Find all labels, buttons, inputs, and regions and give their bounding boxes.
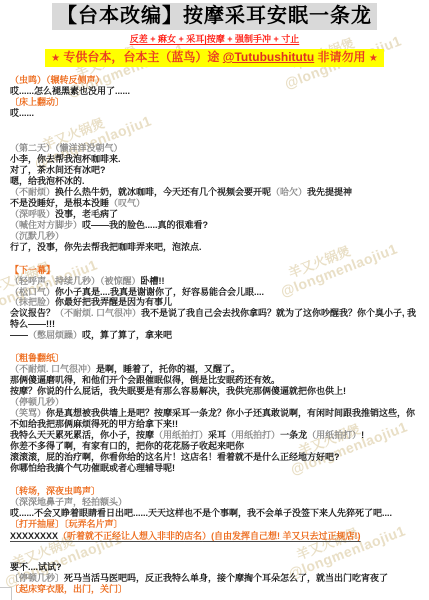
script-line: （第二天）（懒洋洋没朝气）	[10, 143, 419, 154]
script-line: （松口气）你小子真是....我真是谢谢你了，好容易能合会儿眼....	[10, 287, 419, 298]
text-segment: 【下一幕】	[10, 265, 55, 275]
script-section: 〔转场，深夜虫鸣声〕（深深地鼻子声，轻拍额头）哎......不会又睁着眼睛看日出…	[10, 486, 419, 542]
text-segment: 小李，你去帮我泡杯咖啡来.	[10, 154, 121, 164]
text-segment: （叹气）	[109, 198, 145, 208]
text-segment: （抹把脸）	[10, 297, 55, 307]
script-document: 【台本改编】按摩采耳安眠一条龙 反差 + 痳女 + 采耳|按摩 + 强制手冲 +…	[0, 0, 429, 600]
text-segment: （轻呼声，持续几秒）（被惊醒）	[10, 276, 141, 286]
script-section: （第二天）（懒洋洋没朝气）小李，你去帮我泡杯咖啡来.对了，茶水间还有冰吧?嗯，给…	[10, 143, 419, 253]
text-segment: 采耳	[208, 430, 226, 440]
text-segment: 〔转场，深夜虫鸣声〕	[10, 486, 100, 496]
text-segment: 要不....试试?	[10, 562, 62, 572]
text-segment: （用纸拍打）	[307, 430, 361, 440]
text-segment: 滚滚滚，屁的治疗啊，你看你给的这名片！这店名！看着就不是什么正经地方好吧?	[10, 452, 340, 462]
script-line: 〔停顿几秒〕死马当活马医吧吗，反正我特么单身，接个摩掏个耳朵怎么了，就当出门吃宵…	[10, 573, 419, 584]
text-segment: （不耐烦. 口气很冲）	[10, 364, 96, 374]
text-segment: 你哪怕给我搞个气功催眠或者心理辅导呢!	[10, 463, 175, 473]
script-line: 我特么天天累死累活，你小子，按摩（用纸拍打）采耳（用纸拍打）一条龙（用纸拍打）!	[10, 430, 419, 441]
script-line: ——（憋屈烦躁）哎，算了算了，拿来吧	[10, 330, 419, 341]
text-segment: （哈欠）	[271, 187, 307, 197]
text-segment: （松口气）	[10, 287, 55, 297]
text-segment: 你是真想被我供墙上是吧？按摩采耳一条龙？你小子还真敢说啊，有闲时间跟我推销这些，…	[10, 408, 415, 429]
text-segment: 一条龙	[280, 430, 307, 440]
script-section: 【下一幕】（轻呼声，持续几秒）（被惊醒）卧槽!!（松口气）你小子真是....我真…	[10, 265, 419, 342]
script-line: 那俩傻逼磨叽得，和他们开个会跟催眠似得，倒是比安眠药还有效。	[10, 375, 419, 386]
script-line: （不耐烦）换什么热牛奶，就冰咖啡，今天还有几个视频会要开呢（哈欠）我先提提神	[10, 187, 419, 198]
script-line: 嗯，给我泡杯冰的.	[10, 176, 419, 187]
text-segment: 那俩傻逼磨叽得，和他们开个会跟催眠似得，倒是比安眠药还有效。	[10, 375, 280, 385]
script-line: 按摩？你说的什么屁话，我失眠要是有那么容易解决，我供完那俩傻逼就把你也供上!	[10, 386, 419, 397]
script-line: （轻呼声，持续几秒）（被惊醒）卧槽!!	[10, 276, 419, 287]
text-segment: 对了，茶水间还有冰吧?	[10, 165, 106, 175]
text-segment: 你最好把我弄醒是因为有事儿	[55, 297, 172, 307]
script-line: 你差不多得了啊，有家有口的，把你的花花肠子收起来吧你	[10, 441, 419, 452]
star-icon: ★	[51, 53, 60, 64]
script-section: （虫鸣）（辗转反侧声）哎......怎么褪黑素也没用了......〔床上翻动〕哎…	[10, 75, 419, 119]
text-segment: 哎，算了算了，拿来吧	[82, 330, 172, 340]
document-header: 【台本改编】按摩采耳安眠一条龙 反差 + 痳女 + 采耳|按摩 + 强制手冲 +…	[0, 0, 429, 67]
script-section: 要不....试试?〔停顿几秒〕死马当活马医吧吗，反正我特么单身，接个摩掏个耳朵怎…	[10, 562, 419, 595]
script-line: （抹把脸）你最好把我弄醒是因为有事儿	[10, 297, 419, 308]
text-segment: 哎——我的脸色.....真的很难看?	[82, 220, 208, 230]
text-segment: 卧槽!!	[141, 276, 165, 286]
text-segment: （憋屈烦躁）	[28, 330, 82, 340]
text-segment: 〔粗鲁翻纸〕	[10, 353, 64, 363]
script-line: 哎......	[10, 108, 419, 119]
banner-text-suffix: 非请勿用	[314, 50, 369, 64]
text-segment: 没事，老毛病了	[55, 209, 118, 219]
text-segment: 你小子真是....我真是谢谢你了，好容易能合会儿眼....	[55, 287, 264, 297]
script-body: （虫鸣）（辗转反侧声）哎......怎么褪黑素也没用了......〔床上翻动〕哎…	[0, 67, 429, 595]
script-line: 行了，没事，你先去帮我把咖啡弄来吧，泡浓点.	[10, 242, 419, 253]
script-line: （停顿几秒）	[10, 397, 419, 408]
text-segment: （不耐烦. 口气很冲）	[55, 308, 141, 318]
banner-text-prefix: 专供台本，台本主（蓝鸟）途	[60, 50, 223, 64]
script-line: （笑骂）你是真想被我供墙上是吧？按摩采耳一条龙？你小子还真敢说啊，有闲时间跟我推…	[10, 408, 419, 430]
text-segment: 会议报告？	[10, 308, 55, 318]
text-segment: !	[361, 430, 364, 440]
script-line: 哎......怎么褪黑素也没用了......	[10, 86, 419, 97]
text-segment: ——	[10, 330, 28, 340]
text-segment: 换什么热牛奶，就冰咖啡，今天还有几个视频会要开呢	[55, 187, 271, 197]
text-segment: （用纸拍打）	[226, 430, 280, 440]
text-segment: （深呼吸）	[10, 209, 55, 219]
script-line: 〔起床穿衣服，出门，关门〕	[10, 584, 419, 595]
script-line: （虫鸣）（辗转反侧声）	[10, 75, 419, 86]
script-line: 滚滚滚，屁的治疗啊，你看你给的这名片！这店名！看着就不是什么正经地方好吧?	[10, 452, 419, 463]
script-line: （沉默几秒）	[10, 231, 419, 242]
script-line: 对了，茶水间还有冰吧?	[10, 165, 419, 176]
text-segment: 〔起床穿衣服，出门，关门〕	[10, 584, 127, 594]
text-segment: 按摩？你说的什么屁话，我失眠要是有那么容易解决，我供完那俩傻逼就把你也供上!	[10, 386, 346, 396]
text-segment: 死马当活马医吧吗，反正我特么单身，接个摩掏个耳朵怎么了，就当出门吃宵夜了	[64, 573, 388, 583]
script-line: 〔床上翻动〕	[10, 97, 419, 108]
text-segment: （第二天）（懒洋洋没朝气）	[10, 143, 123, 153]
text-segment: 不是没睡好，是根本没睡	[10, 198, 109, 208]
script-section: 〔粗鲁翻纸〕（不耐烦. 口气很冲）是啊，睡着了，托你的福，又醒了。那俩傻逼磨叽得…	[10, 353, 419, 474]
script-line: （深呼吸）没事，老毛病了	[10, 209, 419, 220]
script-line: 不是没睡好，是根本没睡（叹气）	[10, 198, 419, 209]
star-icon: ★	[369, 53, 378, 64]
text-segment: 店名	[184, 531, 202, 541]
script-line: 〔粗鲁翻纸〕	[10, 353, 419, 364]
script-line: 会议报告？（不耐烦. 口气很冲）我不是说了我自己会去找你拿吗？就为了这你吵醒我？…	[10, 308, 419, 330]
script-line: XXXXXXXX（听着就不正经让人想入非非的店名）(自由发挥自己想! 羊又只去过…	[10, 531, 419, 542]
author-handle-link[interactable]: @Tutubushitutu	[223, 50, 314, 64]
text-segment: 行了，没事，你先去帮我把咖啡弄来吧，泡浓点.	[10, 242, 202, 252]
text-segment: 〔停顿几秒〕	[10, 573, 64, 583]
text-segment: 哎......不会又睁着眼睛看日出吧......天天这样也不是个事啊，我不会单子…	[10, 508, 392, 518]
text-segment: （喊住对方脚步）	[10, 220, 82, 230]
script-line: 〔转场，深夜虫鸣声〕	[10, 486, 419, 497]
script-line: 哎......不会又睁着眼睛看日出吧......天天这样也不是个事啊，我不会单子…	[10, 508, 419, 519]
text-segment: XXXXXXXX	[10, 531, 58, 541]
text-segment: （听着就不正经让人想入非非的	[58, 531, 184, 541]
text-segment: （沉默几秒）	[10, 231, 64, 241]
text-segment: 〔床上翻动〕	[10, 97, 64, 107]
script-line: 你哪怕给我搞个气功催眠或者心理辅导呢!	[10, 463, 419, 474]
script-line: 小李，你去帮我泡杯咖啡来.	[10, 154, 419, 165]
script-line: 要不....试试?	[10, 562, 419, 573]
script-line: 【下一幕】	[10, 265, 419, 276]
script-line: 〔打开抽屉〕〔玩弄名片声〕	[10, 519, 419, 530]
script-line: （喊住对方脚步）哎——我的脸色.....真的很难看?	[10, 220, 419, 231]
text-segment: 嗯，给我泡杯冰的.	[10, 176, 85, 186]
page-title: 【台本改编】按摩采耳安眠一条龙	[52, 3, 377, 30]
usage-notice-banner: ★ 专供台本，台本主（蓝鸟）途 @Tutubushitutu 非请勿用 ★	[0, 48, 429, 67]
text-segment: 〔打开抽屉〕〔玩弄名片声〕	[10, 519, 123, 529]
script-line: （不耐烦. 口气很冲）是啊，睡着了，托你的福，又醒了。	[10, 364, 419, 375]
tags-line: 反差 + 痳女 + 采耳|按摩 + 强制手冲 + 寸止	[0, 32, 429, 45]
text-segment: （笑骂）	[10, 408, 46, 418]
script-line: （深深地鼻子声，轻拍额头）	[10, 497, 419, 508]
text-segment: （用纸拍打）	[154, 430, 208, 440]
text-segment: （深深地鼻子声，轻拍额头）	[10, 497, 127, 507]
text-segment: （虫鸣）（辗转反侧声）	[10, 75, 105, 85]
text-segment: （不耐烦）	[10, 187, 55, 197]
text-segment: （停顿几秒）	[10, 397, 64, 407]
text-segment: 是啊，睡着了，托你的福，又醒了。	[96, 364, 240, 374]
text-segment: 我特么天天累死累活，你小子，按摩	[10, 430, 154, 440]
text-segment: 你差不多得了啊，有家有口的，把你的花花肠子收起来吧你	[10, 441, 244, 451]
text-segment: 哎......怎么褪黑素也没用了......	[10, 86, 130, 96]
text-segment: ）(自由发挥自己想! 羊又只去过正规店!)	[202, 531, 361, 541]
text-segment: 哎......	[10, 108, 34, 118]
text-segment: 我先提提神	[307, 187, 352, 197]
